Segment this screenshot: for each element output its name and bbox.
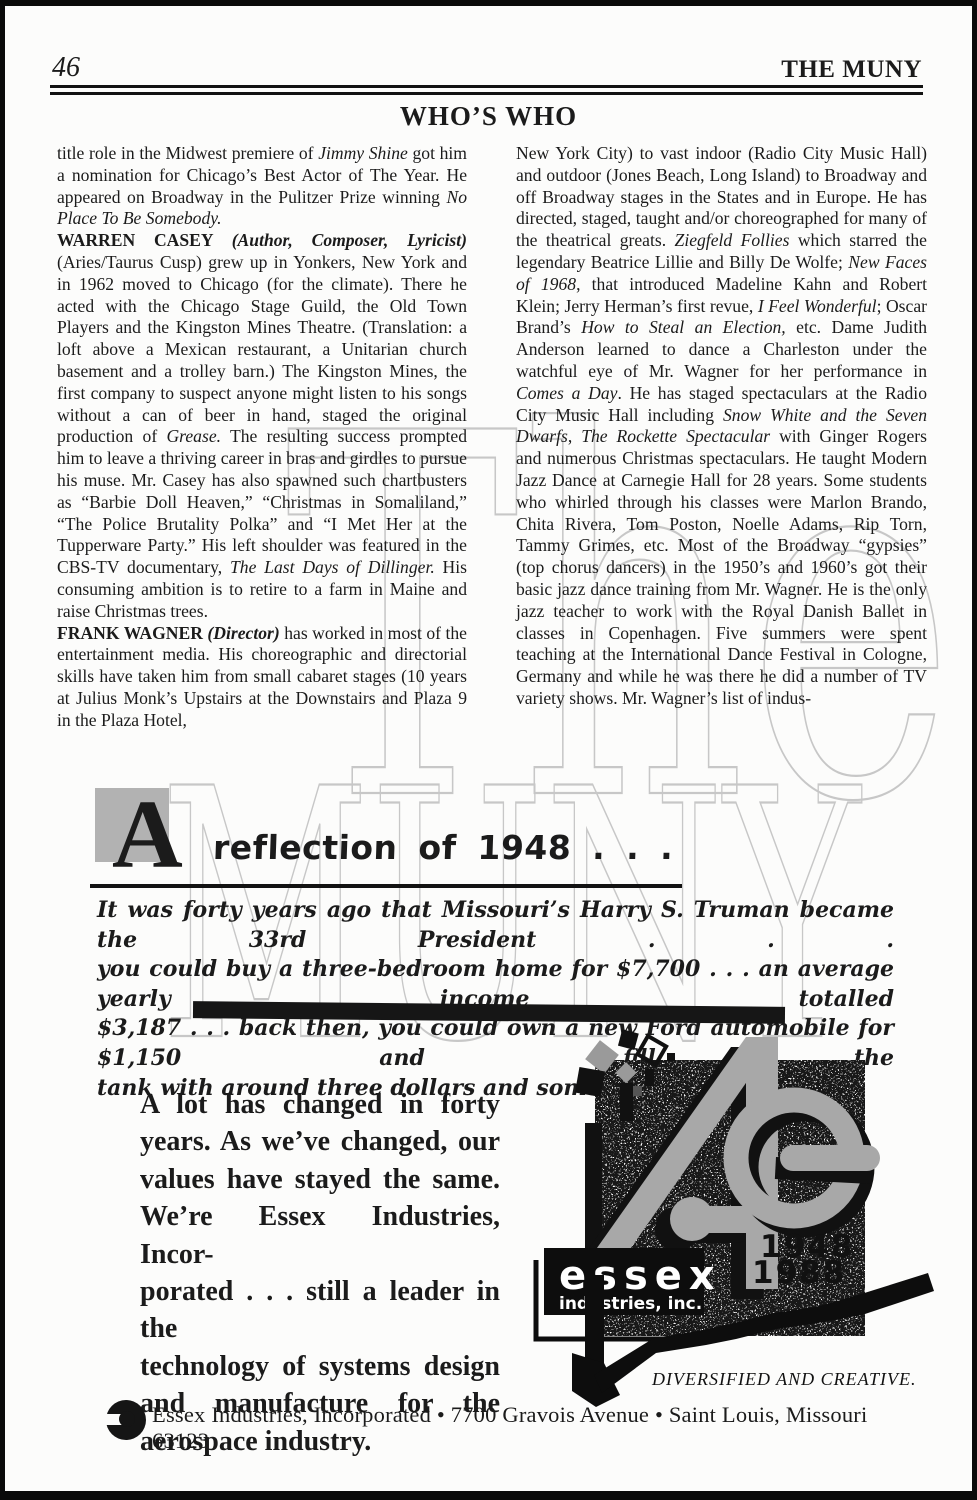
publication-title: THE MUNY [0, 56, 922, 84]
logo-ring-bar [780, 1145, 880, 1171]
logo-company-name: essex [559, 1253, 722, 1299]
essex-e-icon [103, 1396, 149, 1444]
ad-headline-initial: A [112, 786, 183, 884]
logo-tagline: DIVERSIFIED AND CREATIVE. [651, 1369, 916, 1389]
scan-border-bottom [0, 1491, 977, 1500]
essex-40-logo: 1948 1988 essex industries, inc. DIVERSI… [532, 1023, 944, 1415]
article-column-left: title role in the Midwest premiere of Ji… [57, 143, 467, 732]
scan-border-right [972, 0, 977, 1500]
header-rule-top [50, 85, 923, 88]
scan-border-left [0, 0, 5, 1500]
logo-year-1988: 1988 [752, 1255, 846, 1291]
logo-company-subtitle: industries, inc. [559, 1294, 702, 1314]
scan-border-top [0, 0, 977, 6]
ad-rule [90, 884, 682, 888]
ad-headline-text: reflection of 1948 . . . [212, 828, 674, 867]
header-rule-bottom [50, 92, 923, 95]
logo-small-bar [620, 1083, 633, 1121]
article-column-right: New York City) to vast indoor (Radio Cit… [516, 143, 927, 710]
section-title: WHO’S WHO [0, 101, 977, 132]
footer-address-line: Essex Industries, Incorporated • 7700 Gr… [152, 1402, 912, 1454]
